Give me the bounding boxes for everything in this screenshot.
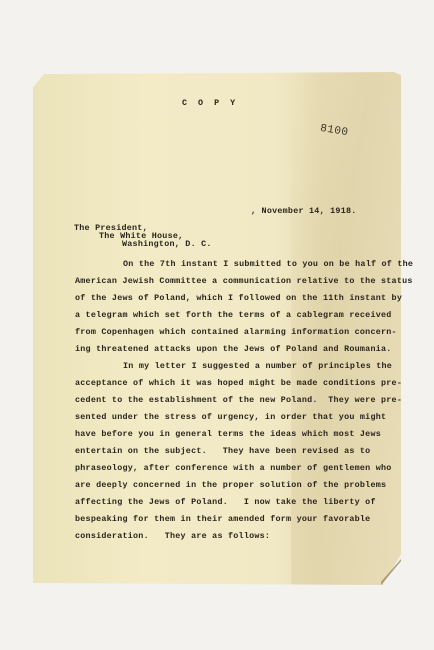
body-line: bespeaking for them in their amended for… <box>75 514 370 524</box>
body-line: of the Jews of Poland, which I followed … <box>75 293 402 303</box>
body-line: are deeply concerned in the proper solut… <box>75 480 386 490</box>
copy-heading: C O P Y <box>182 98 238 108</box>
body-line: from Copenhagen which contained alarming… <box>75 327 397 337</box>
body-line: entertain on the subject. They have been… <box>75 446 370 456</box>
body-line: On the 7th instant I submitted to you on… <box>123 259 413 269</box>
letter-date: , November 14, 1918. <box>251 206 357 216</box>
body-line: acceptance of which it was hoped might b… <box>75 378 402 388</box>
body-line: consideration. They are as follows: <box>75 531 270 541</box>
body-line: phraseology, after conference with a num… <box>75 463 392 473</box>
body-line: American Jewish Committee a communicatio… <box>75 276 413 286</box>
address-line-city: Washington, D. C. <box>122 239 212 249</box>
body-line: In my letter I suggested a number of pri… <box>123 361 392 371</box>
body-line: cedent to the establishment of the new P… <box>75 395 402 405</box>
body-line: a telegram which set forth the terms of … <box>75 310 392 320</box>
body-line: affecting the Jews of Poland. I now take… <box>75 497 376 507</box>
body-line: have before you in general terms the ide… <box>75 429 381 439</box>
body-line: sented under the stress of urgency, in o… <box>75 412 386 422</box>
body-line: ing threatened attacks upon the Jews of … <box>75 344 392 354</box>
